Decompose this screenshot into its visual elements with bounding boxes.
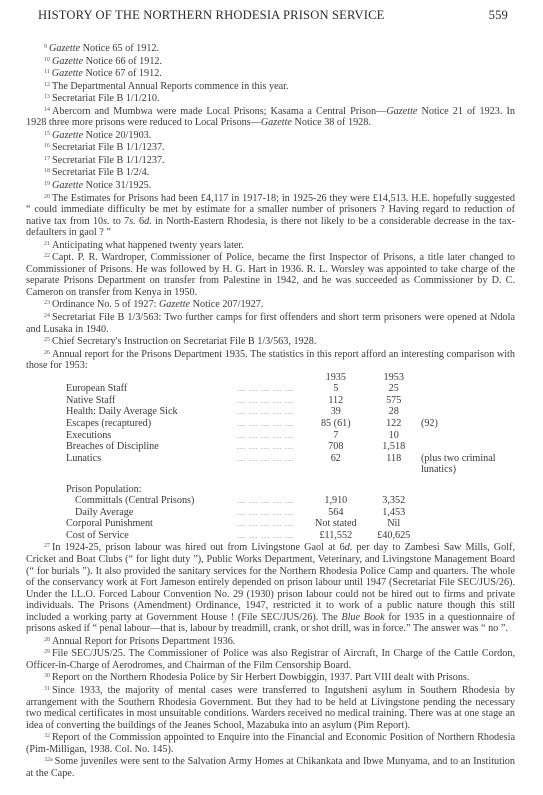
leader-dots: ... ... ... ... ...: [237, 495, 294, 507]
footnote-10: 10Gazette Notice 66 of 1912.: [26, 55, 515, 68]
value-1935: 564: [302, 507, 369, 519]
footnote-20: 20The Estimates for Prisons had been £4,…: [26, 192, 515, 239]
footnote-text: Annual report for the Prisons Department…: [26, 349, 515, 372]
row-label: Health: Daily Average Sick... ... ... ..…: [66, 406, 302, 418]
footnote-23: 23Ordinance No. 5 of 1927: Gazette Notic…: [26, 298, 515, 311]
footnote-marker: 15: [44, 131, 50, 137]
footnote-26: 26Annual report for the Prisons Departme…: [26, 348, 515, 372]
footnote-19: 19Gazette Notice 31/1925.: [26, 179, 515, 192]
footnote-text: Gazette Notice 31/1925.: [52, 180, 151, 191]
footnote-27: 27In 1924-25, prison labour was hired ou…: [26, 541, 515, 634]
value-1953: Nil: [370, 518, 418, 530]
row-label: Breaches of Discipline... ... ... ... ..…: [66, 441, 302, 453]
footnote-22: 22Capt. P. R. Wardroper, Commissioner of…: [26, 251, 515, 298]
value-1935: 62: [302, 453, 369, 476]
section-heading-row: Prison Population:: [66, 484, 515, 496]
row-label: Escapes (recaptured)... ... ... ... ...: [66, 418, 302, 430]
table-row: Cost of Service... ... ... ... ...£11,55…: [66, 530, 515, 542]
value-1935: 7: [302, 430, 369, 442]
leader-dots: ... ... ... ... ...: [237, 453, 294, 465]
footnote-28: 28Annual Report for Prisons Department 1…: [26, 635, 515, 648]
footnote-text: Gazette Notice 20/1903.: [52, 130, 151, 141]
row-label: Committals (Central Prisons)... ... ... …: [66, 495, 302, 507]
footnote-text: Abercorn and Mumbwa were made Local Pris…: [26, 106, 515, 129]
table-row: Corporal Punishment... ... ... ... ...No…: [66, 518, 515, 530]
value-note: [418, 441, 515, 453]
footnote-text: Report of the Commission appointed to En…: [26, 732, 515, 755]
leader-dots: ... ... ... ... ...: [237, 395, 294, 407]
footnote-text: In 1924-25, prison labour was hired out …: [26, 542, 515, 634]
footnote-text: Secretariat File B 1/1/1237.: [52, 155, 165, 166]
footnote-9: 9Gazette Notice 65 of 1912.: [26, 42, 515, 55]
value-1953: 25: [370, 383, 418, 395]
footnote-13: 13Secretariat File B 1/1/210.: [26, 92, 515, 105]
value-note: [418, 530, 515, 542]
footnote-marker: 19: [44, 181, 50, 187]
value-note: (plus two criminal lunatics): [418, 453, 515, 476]
value-1935: 5: [302, 383, 369, 395]
value-1935: 708: [302, 441, 369, 453]
footnote-marker: 23: [44, 300, 50, 306]
table-row: Health: Daily Average Sick... ... ... ..…: [66, 406, 515, 418]
footnote-24: 24Secretariat File B 1/3/563: Two furthe…: [26, 311, 515, 335]
row-label: Executions... ... ... ... ...: [66, 430, 302, 442]
value-note: [418, 495, 515, 507]
value-1953: 1,518: [370, 441, 418, 453]
footnote-text: Secretariat File B 1/2/4.: [52, 167, 149, 178]
row-label: Daily Average... ... ... ... ...: [66, 507, 302, 519]
footnote-marker: 16: [44, 143, 50, 149]
footnote-text: Ordinance No. 5 of 1927: Gazette Notice …: [52, 299, 263, 310]
footnote-12: 12The Departmental Annual Reports commen…: [26, 80, 515, 93]
footnote-marker: 12: [44, 82, 50, 88]
value-note: [418, 395, 515, 407]
footnote-29: 29File SEC/JUS/25. The Commissioner of P…: [26, 647, 515, 671]
column-header-1935: 1935: [302, 372, 369, 384]
value-1953: 3,352: [370, 495, 418, 507]
footnote-17: 17Secretariat File B 1/1/1237.: [26, 154, 515, 167]
row-label: European Staff... ... ... ... ...: [66, 383, 302, 395]
footnote-text: Anticipating what happened twenty years …: [52, 240, 244, 251]
leader-dots: ... ... ... ... ...: [237, 507, 294, 519]
footnote-11: 11Gazette Notice 67 of 1912.: [26, 67, 515, 80]
footnote-text: Annual Report for Prisons Department 193…: [52, 636, 235, 647]
value-note: [418, 518, 515, 530]
leader-dots: ... ... ... ... ...: [237, 383, 294, 395]
footnote-text: The Departmental Annual Reports commence…: [52, 81, 289, 92]
page-number: 559: [489, 8, 508, 23]
footnotes-part-2: 27In 1924-25, prison labour was hired ou…: [26, 541, 515, 779]
value-1953: 28: [370, 406, 418, 418]
footnote-text: Chief Secretary's Instruction on Secreta…: [52, 336, 316, 347]
footnote-marker: 22: [44, 253, 50, 259]
footnote-16: 16Secretariat File B 1/1/1237.: [26, 141, 515, 154]
footnote-15: 15Gazette Notice 20/1903.: [26, 129, 515, 142]
leader-dots: ... ... ... ... ...: [237, 430, 294, 442]
footnote-18: 18Secretariat File B 1/2/4.: [26, 166, 515, 179]
footnote-marker: 14: [44, 107, 50, 113]
footnote-marker: 24: [44, 313, 50, 319]
footnote-text: Capt. P. R. Wardroper, Commissioner of P…: [26, 252, 515, 298]
value-1953: 1,453: [370, 507, 418, 519]
footnote-marker: 11: [44, 69, 50, 75]
footnote-text: Secretariat File B 1/1/1237.: [52, 142, 165, 153]
running-header: HISTORY OF THE NORTHERN RHODESIA PRISON …: [38, 8, 508, 23]
footnote-marker: 17: [44, 156, 50, 162]
value-1953: 122: [370, 418, 418, 430]
footnote-marker: 20: [44, 194, 50, 200]
statistics-table: 19351953European Staff... ... ... ... ..…: [66, 372, 515, 542]
footnote-marker: 9: [44, 44, 47, 50]
footnote-text: Some juveniles were sent to the Salvatio…: [26, 756, 515, 779]
footnote-text: The Estimates for Prisons had been £4,11…: [26, 193, 515, 239]
column-header-1953: 1953: [370, 372, 418, 384]
footnote-text: Gazette Notice 66 of 1912.: [52, 56, 162, 67]
row-label: Lunatics... ... ... ... ...: [66, 453, 302, 476]
header-blank: [418, 372, 515, 384]
footnote-text: Gazette Notice 67 of 1912.: [52, 68, 162, 79]
value-1953: £40,625: [370, 530, 418, 542]
footnote-text: File SEC/JUS/25. The Commissioner of Pol…: [26, 648, 515, 671]
footnote-text: Secretariat File B 1/3/563: Two further …: [26, 312, 515, 335]
footnote-marker: 28: [44, 637, 50, 643]
leader-dots: ... ... ... ... ...: [237, 406, 294, 418]
leader-dots: ... ... ... ... ...: [237, 441, 294, 453]
table-row: Daily Average... ... ... ... ...5641,453: [66, 507, 515, 519]
table-row: Lunatics... ... ... ... ...62118(plus tw…: [66, 453, 515, 476]
footnotes-part-1: 9Gazette Notice 65 of 1912.10Gazette Not…: [26, 42, 515, 372]
footnote-marker: 13: [44, 94, 50, 100]
value-note: [418, 430, 515, 442]
value-1935: 39: [302, 406, 369, 418]
row-label: Native Staff... ... ... ... ...: [66, 395, 302, 407]
footnote-25: 25Chief Secretary's Instruction on Secre…: [26, 335, 515, 348]
footnotes: 9Gazette Notice 65 of 1912.10Gazette Not…: [26, 42, 515, 779]
footnote-text: Secretariat File B 1/1/210.: [52, 93, 160, 104]
footnote-marker: 32: [44, 733, 50, 739]
table-header-row: 19351953: [66, 372, 515, 384]
value-note: (92): [418, 418, 515, 430]
footnote-marker: 31: [44, 686, 50, 692]
value-1935: 1,910: [302, 495, 369, 507]
footnote-32: 32Report of the Commission appointed to …: [26, 731, 515, 755]
footnote-marker: 30: [44, 673, 50, 679]
footnote-30: 30Report on the Northern Rhodesia Police…: [26, 671, 515, 684]
footnote-31: 31Since 1933, the majority of mental cas…: [26, 684, 515, 731]
footnote-text: Since 1933, the majority of mental cases…: [26, 685, 515, 731]
value-1953: 118: [370, 453, 418, 476]
footnote-marker: 10: [44, 57, 50, 63]
table-row: Escapes (recaptured)... ... ... ... ...8…: [66, 418, 515, 430]
value-1935: 85 (61): [302, 418, 369, 430]
value-1953: 575: [370, 395, 418, 407]
spacer: [66, 476, 515, 484]
value-note: [418, 383, 515, 395]
footnote-marker: 25: [44, 337, 50, 343]
footnote-text: Gazette Notice 65 of 1912.: [49, 43, 159, 54]
table-row: European Staff... ... ... ... ...525: [66, 383, 515, 395]
population-heading: Prison Population:: [66, 484, 515, 496]
footnote-14: 14Abercorn and Mumbwa were made Local Pr…: [26, 105, 515, 129]
footnote-marker: 26: [44, 350, 50, 356]
table-row: Executions... ... ... ... ...710: [66, 430, 515, 442]
table-row: Committals (Central Prisons)... ... ... …: [66, 495, 515, 507]
footnote-text: Report on the Northern Rhodesia Police b…: [52, 672, 469, 683]
value-1953: 10: [370, 430, 418, 442]
leader-dots: ... ... ... ... ...: [237, 418, 294, 430]
value-note: [418, 406, 515, 418]
footnote-marker: 32a: [44, 757, 53, 763]
footnote-marker: 29: [44, 649, 50, 655]
leader-dots: ... ... ... ... ...: [237, 518, 294, 530]
header-blank: [66, 372, 302, 384]
footnote-marker: 21: [44, 241, 50, 247]
leader-dots: ... ... ... ... ...: [237, 530, 294, 542]
row-label: Corporal Punishment... ... ... ... ...: [66, 518, 302, 530]
footnote-32a: 32aSome juveniles were sent to the Salva…: [26, 755, 515, 779]
value-note: [418, 507, 515, 519]
running-title: HISTORY OF THE NORTHERN RHODESIA PRISON …: [38, 8, 385, 23]
row-label: Cost of Service... ... ... ... ...: [66, 530, 302, 542]
table-row: Native Staff... ... ... ... ...112575: [66, 395, 515, 407]
value-1935: Not stated: [302, 518, 369, 530]
table-row: Breaches of Discipline... ... ... ... ..…: [66, 441, 515, 453]
value-1935: £11,552: [302, 530, 369, 542]
footnote-21: 21Anticipating what happened twenty year…: [26, 239, 515, 252]
value-1935: 112: [302, 395, 369, 407]
footnote-marker: 27: [44, 543, 50, 549]
footnote-marker: 18: [44, 168, 50, 174]
